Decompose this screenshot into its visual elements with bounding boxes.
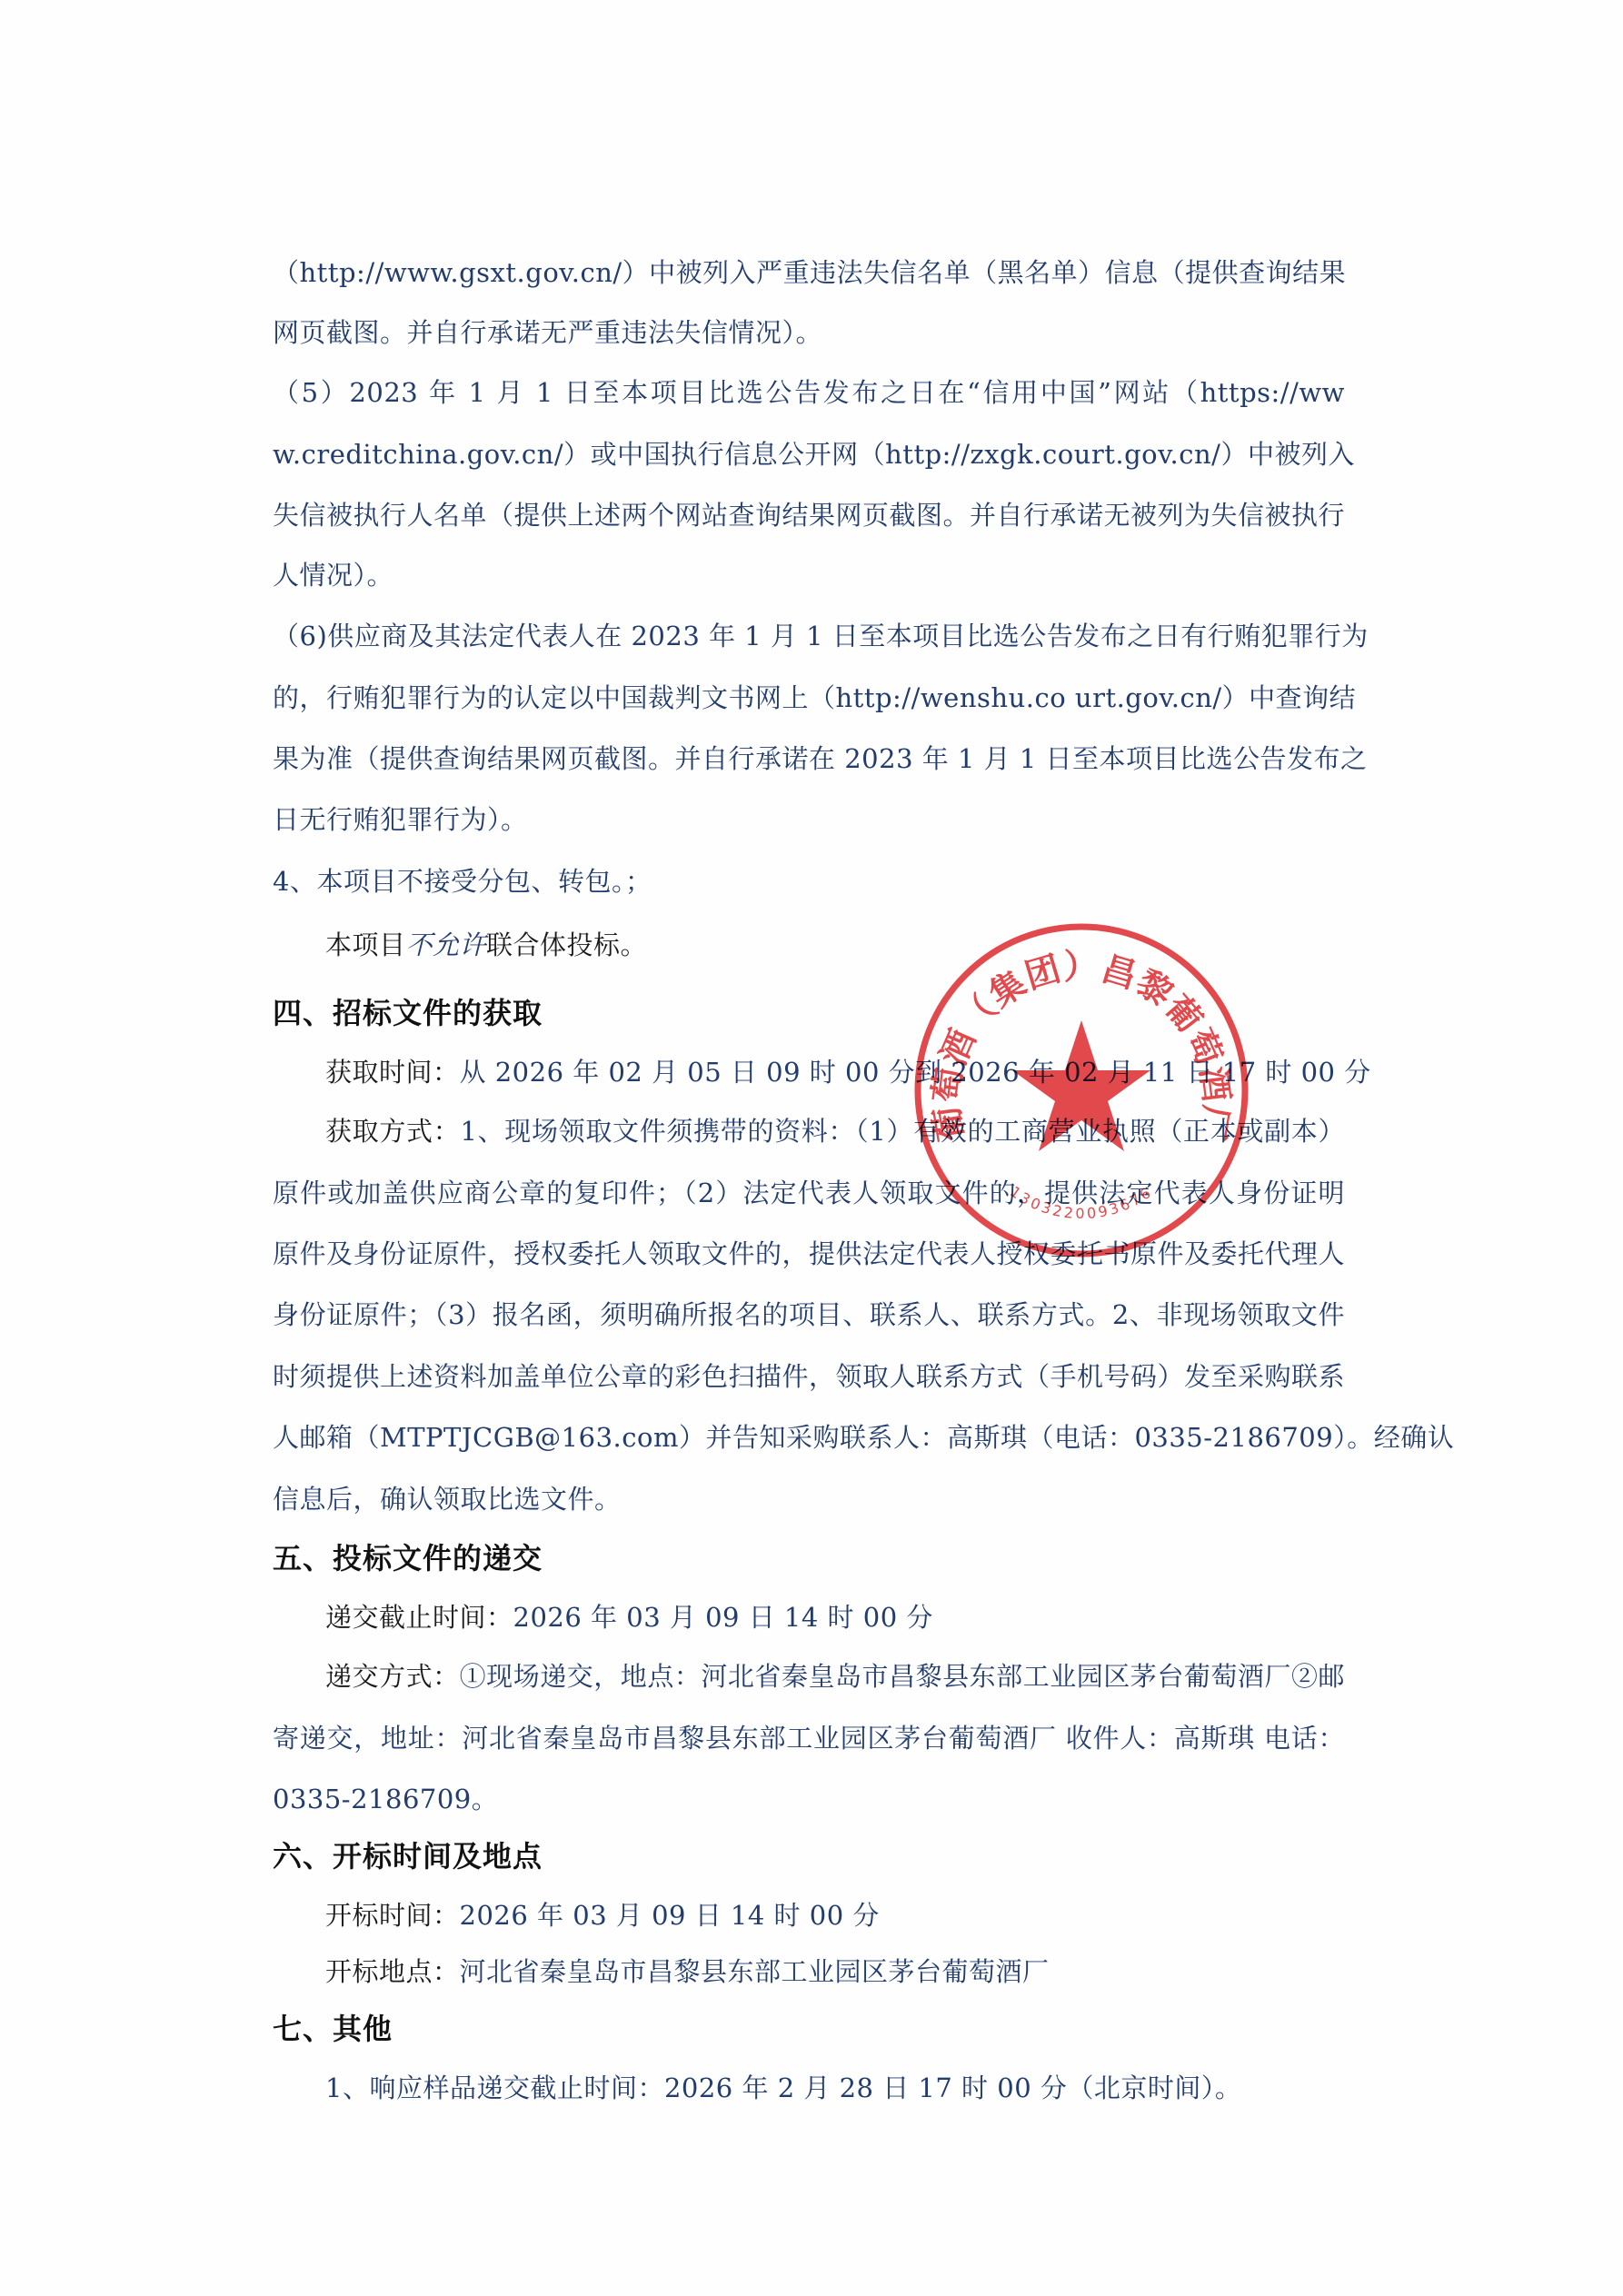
paragraph-line: 日无行贿犯罪行为）。 [273,801,1345,838]
opening-time-value: 2026 年 03 月 09 日 14 时 00 分 [460,1900,880,1931]
paragraph-line: 失信被执行人名单（提供上述两个网站查询结果网页截图。并自行承诺无被列为失信被执行 [273,497,1345,533]
acquisition-time: 获取时间：从 2026 年 02 月 05 日 09 时 00 分到 2026 … [325,1054,1345,1090]
paragraph-line: （6)供应商及其法定代表人在 2023 年 1 月 1 日至本项目比选公告发布之… [273,618,1345,654]
submission-deadline-value: 2026 年 03 月 09 日 14 时 00 分 [513,1602,933,1633]
consortium-suffix: 联合体投标。 [486,929,647,960]
paragraph-line: 0335-2186709。 [273,1781,1345,1817]
submission-method: 递交方式：①现场递交，地点：河北省秦皇岛市昌黎县东部工业园区茅台葡萄酒厂②邮 [325,1658,1345,1695]
consortium-not-allowed: 不允许 [406,929,487,960]
submission-method-label: 递交方式： [325,1661,460,1692]
acquisition-method-label: 获取方式： [325,1116,460,1147]
opening-time-label: 开标时间： [325,1900,460,1931]
paragraph-line: 寄递交，地址：河北省秦皇岛市昌黎县东部工业园区茅台葡萄酒厂 收件人：高斯琪 电话… [273,1720,1345,1756]
consortium-prefix: 本项目 [325,929,406,960]
item-no-subcontract: 4、本项目不接受分包、转包。； [273,863,1345,900]
opening-place-value: 河北省秦皇岛市昌黎县东部工业园区茅台葡萄酒厂 [460,1956,1050,1987]
section-heading-5: 五、投标文件的递交 [273,1538,543,1578]
opening-place: 开标地点：河北省秦皇岛市昌黎县东部工业园区茅台葡萄酒厂 [325,1953,1398,1990]
acquisition-time-label: 获取时间： [325,1057,460,1088]
paragraph-line: 身份证原件；（3）报名函，须明确所报名的项目、联系人、联系方式。2、非现场领取文… [273,1297,1345,1333]
consortium-statement: 本项目不允许联合体投标。 [325,927,1398,963]
paragraph-line: 网页截图。并自行承诺无严重违法失信情况）。 [273,314,1345,351]
paragraph-line: w.creditchina.gov.cn/）或中国执行信息公开网（http://… [273,436,1345,472]
section-heading-6: 六、开标时间及地点 [273,1836,543,1876]
acquisition-method: 获取方式：1、现场领取文件须携带的资料：（1）有效的工商营业执照（正本或副本） [325,1113,1345,1149]
sample-deadline: 1、响应样品递交截止时间：2026 年 2 月 28 日 17 时 00 分（北… [325,2070,1398,2106]
submission-deadline: 递交截止时间：2026 年 03 月 09 日 14 时 00 分 [325,1599,1398,1635]
opening-time: 开标时间：2026 年 03 月 09 日 14 时 00 分 [325,1897,1398,1933]
acquisition-time-value: 从 2026 年 02 月 05 日 09 时 00 分到 2026 年 02 … [460,1057,1371,1088]
contact-email-line: 人邮箱（MTPTJCGB@163.com）并告知采购联系人：高斯琪（电话：033… [273,1419,1345,1456]
paragraph-line: 时须提供上述资料加盖单位公章的彩色扫描件，领取人联系方式（手机号码）发至采购联系 [273,1358,1345,1395]
document-page: （http://www.gsxt.gov.cn/）中被列入严重违法失信名单（黑名… [0,0,1623,2296]
paragraph-line: 的，行贿犯罪行为的认定以中国裁判文书网上（http://wenshu.co ur… [273,680,1345,716]
section-heading-4: 四、招标文件的获取 [273,993,543,1033]
section-heading-7: 七、其他 [273,2009,393,2049]
paragraph-line: 果为准（提供查询结果网页截图。并自行承诺在 2023 年 1 月 1 日至本项目… [273,740,1345,777]
paragraph-line: 信息后，确认领取比选文件。 [273,1481,1345,1517]
opening-place-label: 开标地点： [325,1956,460,1987]
paragraph-line: 原件及身份证原件，授权委托人领取文件的，提供法定代表人授权委托书原件及委托代理人 [273,1236,1345,1272]
submission-deadline-label: 递交截止时间： [325,1602,513,1633]
paragraph-line: （http://www.gsxt.gov.cn/）中被列入严重违法失信名单（黑名… [273,254,1345,291]
paragraph-line: 人情况）。 [273,557,1345,593]
submission-method-text: ①现场递交，地点：河北省秦皇岛市昌黎县东部工业园区茅台葡萄酒厂②邮 [460,1661,1345,1692]
acquisition-method-text: 1、现场领取文件须携带的资料：（1）有效的工商营业执照（正本或副本） [460,1116,1345,1147]
paragraph-line: 原件或加盖供应商公章的复印件；（2）法定代表人领取文件的，提供法定代表人身份证明 [273,1175,1345,1211]
paragraph-line: （5）2023 年 1 月 1 日至本项目比选公告发布之日在“信用中国”网站（h… [273,374,1345,411]
